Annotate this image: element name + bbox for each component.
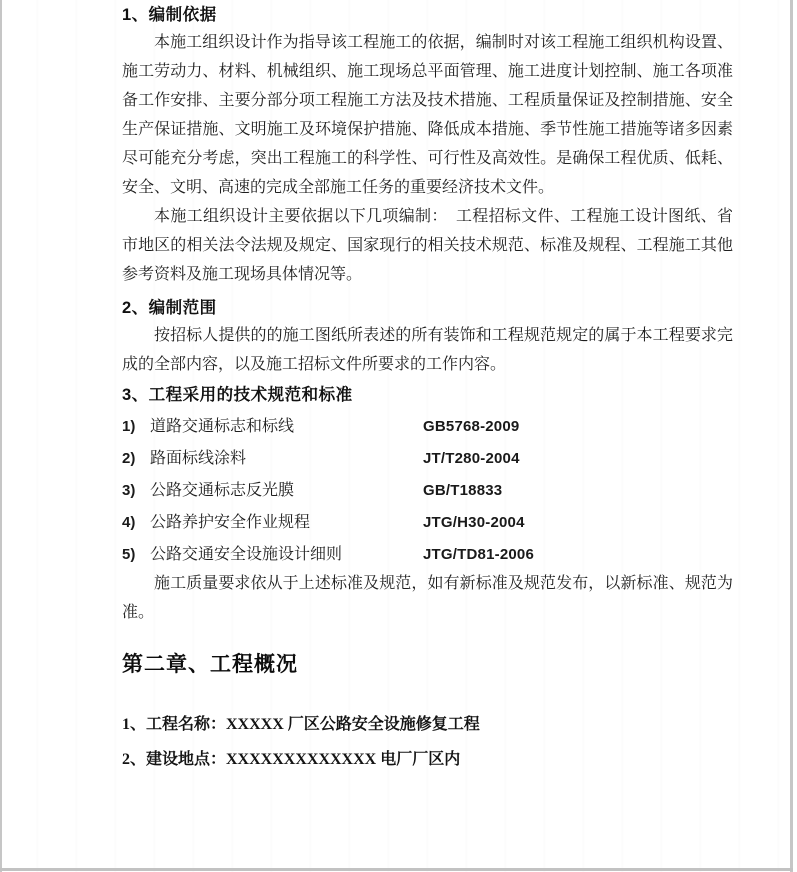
standard-code: JTG/TD81-2006 bbox=[423, 539, 534, 571]
paragraph-basis-2: 本施工组织设计主要依据以下几项编制： 工程招标文件、工程施工设计图纸、省市地区的… bbox=[122, 202, 733, 289]
standard-number: 5) bbox=[122, 539, 150, 571]
standard-row: 4) 公路养护安全作业规程 JTG/H30-2004 bbox=[122, 507, 733, 539]
document-content: 1、编制依据 本施工组织设计作为指导该工程施工的依据，编制时对该工程施工组织机构… bbox=[122, 2, 733, 775]
standard-name: 道路交通标志和标线 bbox=[150, 411, 423, 443]
standard-name: 公路交通安全设施设计细则 bbox=[150, 539, 423, 571]
paragraph-quality-note: 施工质量要求依从于上述标准及规范，如有新标准及规范发布，以新标准、规范为准。 bbox=[122, 569, 733, 627]
standard-row: 5) 公路交通安全设施设计细则 JTG/TD81-2006 bbox=[122, 539, 733, 571]
page-right-edge bbox=[790, 0, 793, 872]
standard-code: GB/T18833 bbox=[423, 475, 502, 507]
heading-compilation-scope: 2、编制范围 bbox=[122, 295, 733, 321]
standard-code: JTG/H30-2004 bbox=[423, 507, 525, 539]
project-name-line: 1、工程名称：XXXXX 厂区公路安全设施修复工程 bbox=[122, 710, 733, 740]
heading-compilation-basis: 1、编制依据 bbox=[122, 2, 733, 28]
page-bottom-edge bbox=[0, 868, 793, 871]
standard-name: 公路交通标志反光膜 bbox=[150, 475, 423, 507]
paragraph-scope: 按招标人提供的的施工图纸所表述的所有装饰和工程规范规定的属于本工程要求完成的全部… bbox=[122, 321, 733, 379]
heading-technical-standards: 3、工程采用的技术规范和标准 bbox=[122, 382, 733, 408]
standard-number: 2) bbox=[122, 443, 150, 475]
document-page: 1、编制依据 本施工组织设计作为指导该工程施工的依据，编制时对该工程施工组织机构… bbox=[0, 0, 797, 872]
standard-number: 4) bbox=[122, 507, 150, 539]
standard-name: 公路养护安全作业规程 bbox=[150, 507, 423, 539]
standard-number: 1) bbox=[122, 411, 150, 443]
chapter-heading-project-overview: 第二章、工程概况 bbox=[122, 649, 733, 679]
standard-row: 3) 公路交通标志反光膜 GB/T18833 bbox=[122, 475, 733, 507]
standard-row: 2) 路面标线涂料 JT/T280-2004 bbox=[122, 443, 733, 475]
standard-row: 1) 道路交通标志和标线 GB5768-2009 bbox=[122, 411, 733, 443]
standard-name: 路面标线涂料 bbox=[150, 443, 423, 475]
standard-code: JT/T280-2004 bbox=[423, 443, 520, 475]
standard-number: 3) bbox=[122, 475, 150, 507]
project-location-line: 2、建设地点：XXXXXXXXXXXXX 电厂厂区内 bbox=[122, 745, 733, 775]
standards-list: 1) 道路交通标志和标线 GB5768-2009 2) 路面标线涂料 JT/T2… bbox=[122, 411, 733, 571]
page-left-edge bbox=[0, 0, 2, 872]
paragraph-basis-1: 本施工组织设计作为指导该工程施工的依据，编制时对该工程施工组织机构设置、施工劳动… bbox=[122, 28, 733, 202]
standard-code: GB5768-2009 bbox=[423, 411, 519, 443]
